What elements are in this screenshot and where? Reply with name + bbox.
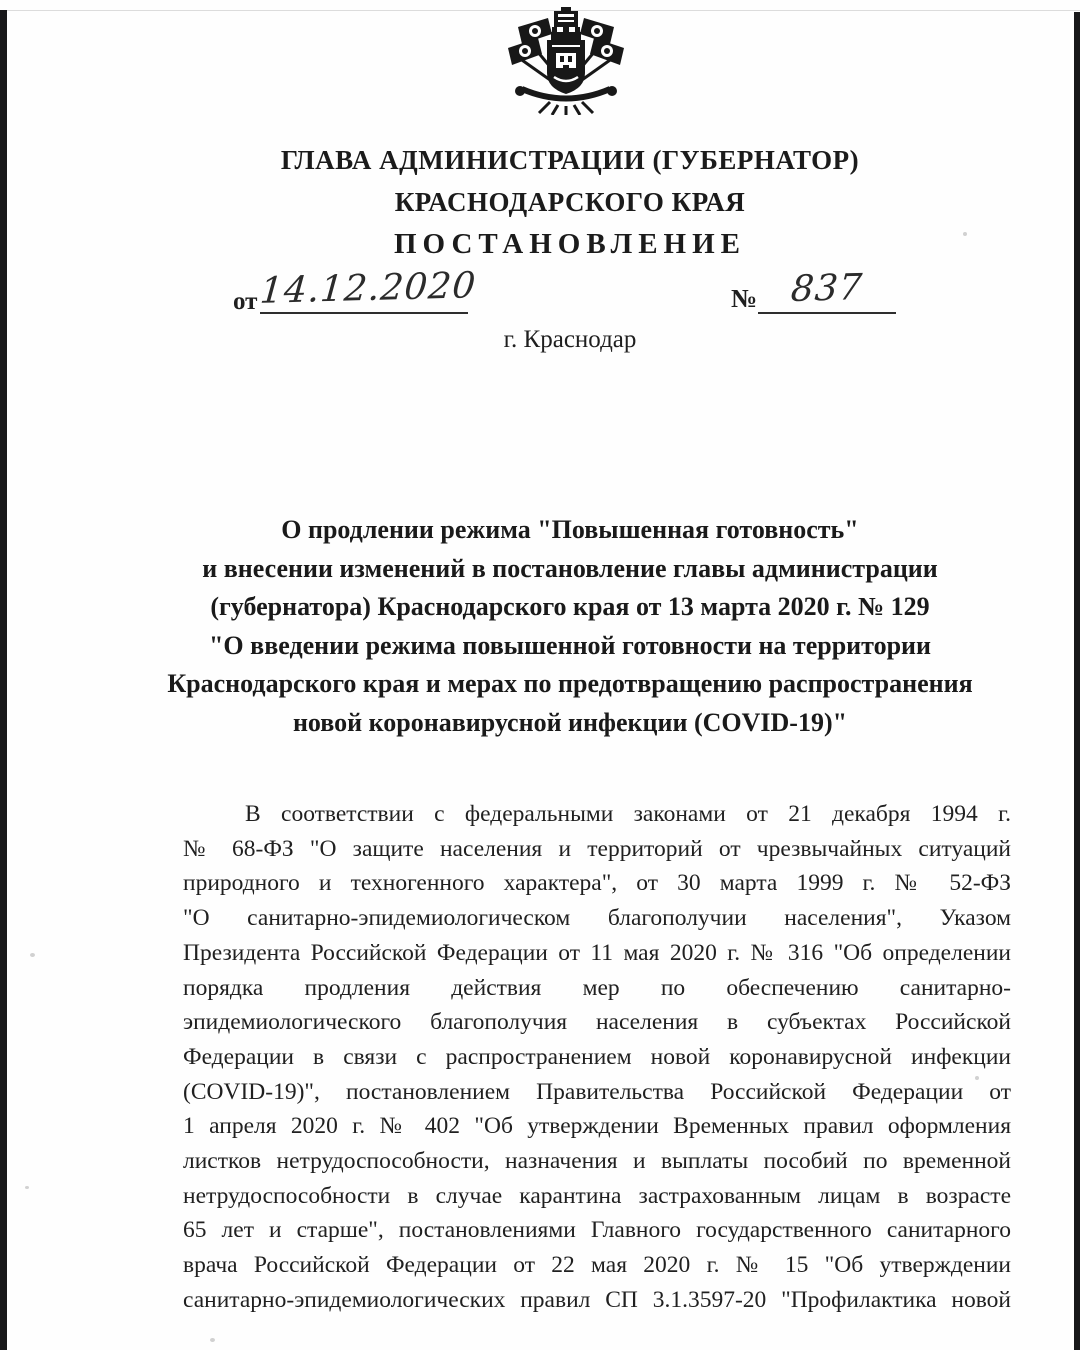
title-line: "О введении режима повышенной готовности…	[110, 627, 1030, 666]
issuing-authority: ГЛАВА АДМИНИСТРАЦИИ (ГУБЕРНАТОР) КРАСНОД…	[110, 139, 1030, 223]
body-line: эпидемиологического благополучия населен…	[183, 1005, 1011, 1040]
scan-speck	[975, 1076, 979, 1080]
date-field: 14.12.2020	[260, 266, 468, 314]
title-line: и внесении изменений в постановление гла…	[110, 550, 1030, 589]
issue-city: г. Краснодар	[110, 326, 1030, 354]
body-line: Президента Российской Федерации от 11 ма…	[183, 936, 1011, 971]
body-line: 65 лет и старше", постановлениями Главно…	[183, 1213, 1011, 1248]
body-line: № 68-ФЗ "О защите населения и территорий…	[183, 832, 1011, 867]
date-label: от	[233, 288, 257, 316]
scan-speck	[210, 1338, 215, 1342]
decree-title: О продлении режима "Повышенная готовност…	[110, 511, 1030, 742]
scan-speck	[963, 232, 967, 236]
krasnodar-coat-of-arms-icon	[506, 7, 626, 115]
body-line: листков нетрудоспособности, назначения и…	[183, 1144, 1011, 1179]
number-field: 837	[758, 266, 896, 314]
title-line: О продлении режима "Повышенная готовност…	[110, 511, 1030, 550]
number-label: №	[731, 284, 757, 314]
title-line: Краснодарского края и мерах по предотвра…	[110, 665, 1030, 704]
body-line: природного и техногенного характера", от…	[183, 866, 1011, 901]
scanned-decree-page: ГЛАВА АДМИНИСТРАЦИИ (ГУБЕРНАТОР) КРАСНОД…	[0, 0, 1080, 1350]
body-line: Федерации в связи с распространением нов…	[183, 1040, 1011, 1075]
body-line: (COVID-19)", постановлением Правительств…	[183, 1075, 1011, 1110]
document-type-heading: ПОСТАНОВЛЕНИЕ	[110, 228, 1030, 261]
title-line: (губернатора) Краснодарского края от 13 …	[110, 588, 1030, 627]
scan-left-edge	[0, 10, 7, 1350]
scan-speck	[25, 1186, 29, 1189]
body-line: В соответствии с федеральными законами о…	[183, 797, 1011, 832]
body-line: "О санитарно-эпидемиологическом благопол…	[183, 901, 1011, 936]
handwritten-date: 14.12.2020	[258, 263, 478, 315]
scan-right-edge	[1074, 12, 1080, 1350]
authority-line-1: ГЛАВА АДМИНИСТРАЦИИ (ГУБЕРНАТОР)	[110, 139, 1030, 181]
body-line: нетрудоспособности в случае карантина за…	[183, 1179, 1011, 1214]
handwritten-number: 837	[789, 265, 864, 313]
body-line: порядка продления действия мер по обеспе…	[183, 971, 1011, 1006]
authority-line-2: КРАСНОДАРСКОГО КРАЯ	[110, 181, 1030, 223]
scan-speck	[30, 953, 35, 957]
body-line: врача Российской Федерации от 22 мая 202…	[183, 1248, 1011, 1283]
body-line: санитарно-эпидемиологических правил СП 3…	[183, 1283, 1011, 1318]
decree-body: В соответствии с федеральными законами о…	[183, 797, 1011, 1318]
body-line: 1 апреля 2020 г. № 402 "Об утверждении В…	[183, 1109, 1011, 1144]
title-line: новой коронавирусной инфекции (COVID-19)…	[110, 704, 1030, 743]
